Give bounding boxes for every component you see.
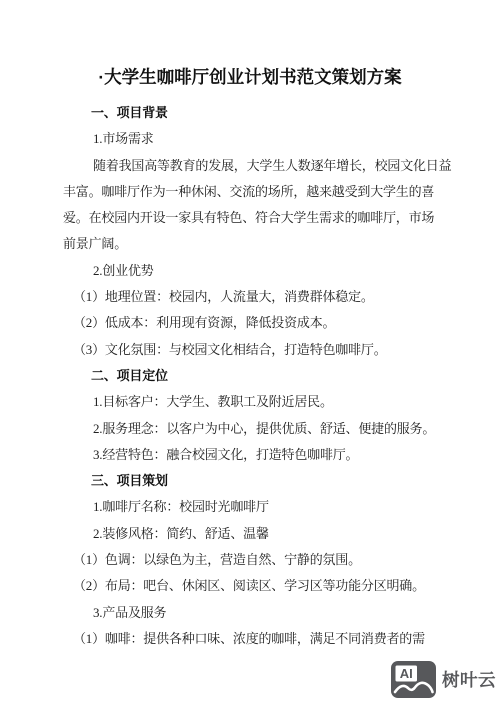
sub-list-item: （2）低成本：利用现有资源，降低投资成本。 [63,310,445,336]
page-title: ·大学生咖啡厅创业计划书范文策划方案 [0,64,500,89]
paragraph-line: 爱。在校园内开设一家具有特色、符合大学生需求的咖啡厅，市场 [63,205,445,231]
sub-list-item: （1）地理位置：校园内，人流量大，消费群体稳定。 [63,284,445,310]
list-item: 3.经营特色：融合校园文化，打造特色咖啡厅。 [63,442,445,468]
ai-icon-label: AI [400,666,413,681]
sub-list-item: （1）咖啡：提供各种口味、浓度的咖啡，满足不同消费者的需 [63,626,445,652]
list-item: 2.创业优势 [63,258,445,284]
list-item: 1.目标客户：大学生、教职工及附近居民。 [63,389,445,415]
document-body: 一、项目背景 1.市场需求 随着我国高等教育的发展，大学生人数逐年增长，校园文化… [63,100,445,652]
sub-list-item: （2）布局：吧台、休闲区、阅读区、学习区等功能分区明确。 [63,573,445,599]
watermark: AI 树叶云 [391,661,496,698]
section-heading-3: 三、项目策划 [63,468,445,494]
list-item: 1.咖啡厅名称：校园时光咖啡厅 [63,494,445,520]
paragraph-line: 丰富。咖啡厅作为一种休闲、交流的场所，越来越受到大学生的喜 [63,179,445,205]
paragraph-line: 随着我国高等教育的发展，大学生人数逐年增长，校园文化日益 [63,153,445,179]
list-item: 2.装修风格：简约、舒适、温馨 [63,521,445,547]
document-page: ·大学生咖啡厅创业计划书范文策划方案 一、项目背景 1.市场需求 随着我国高等教… [0,0,500,707]
section-heading-1: 一、项目背景 [63,100,445,126]
list-item: 3.产品及服务 [63,600,445,626]
paragraph-line: 前景广阔。 [63,231,445,257]
list-item: 1.市场需求 [63,126,445,152]
sub-list-item: （3）文化氛围：与校园文化相结合，打造特色咖啡厅。 [63,337,445,363]
sub-list-item: （1）色调：以绿色为主，营造自然、宁静的氛围。 [63,547,445,573]
ai-image-icon: AI [391,661,436,698]
section-heading-2: 二、项目定位 [63,363,445,389]
brand-name: 树叶云 [442,667,496,692]
list-item: 2.服务理念：以客户为中心，提供优质、舒适、便捷的服务。 [63,416,445,442]
